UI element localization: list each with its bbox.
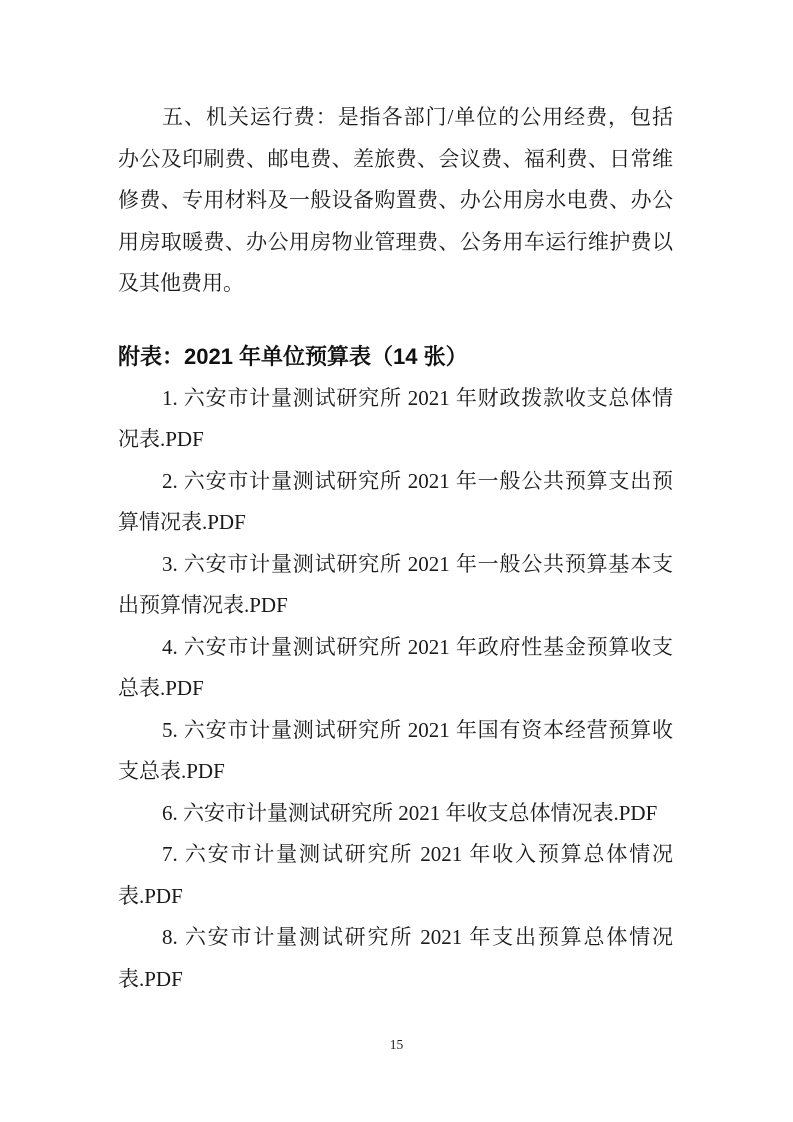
text-line: 及其他费用。 bbox=[118, 263, 673, 305]
attachment-item: 8. 六安市计量测试研究所 2021 年支出预算总体情况表.PDF bbox=[118, 917, 673, 1000]
text-line: 表.PDF bbox=[118, 876, 673, 918]
attachment-item: 2. 六安市计量测试研究所 2021 年一般公共预算支出预算情况表.PDF bbox=[118, 461, 673, 544]
document-page: 五、机关运行费：是指各部门/单位的公用经费，包括办公及印刷费、邮电费、差旅费、会… bbox=[0, 0, 793, 1122]
text-line: 3. 六安市计量测试研究所 2021 年一般公共预算基本支 bbox=[118, 544, 673, 586]
text-line: 算情况表.PDF bbox=[118, 502, 673, 544]
text-line: 5. 六安市计量测试研究所 2021 年国有资本经营预算收 bbox=[118, 710, 673, 752]
text-line: 7. 六安市计量测试研究所 2021 年收入预算总体情况 bbox=[118, 834, 673, 876]
text-line: 况表.PDF bbox=[118, 419, 673, 461]
attachments-heading: 附表：2021 年单位预算表（14 张） bbox=[118, 336, 673, 378]
text-line: 办公及印刷费、邮电费、差旅费、会议费、福利费、日常维 bbox=[118, 139, 673, 181]
text-line: 4. 六安市计量测试研究所 2021 年政府性基金预算收支 bbox=[118, 627, 673, 669]
body-paragraph: 五、机关运行费：是指各部门/单位的公用经费，包括办公及印刷费、邮电费、差旅费、会… bbox=[118, 97, 673, 305]
text-line: 出预算情况表.PDF bbox=[118, 585, 673, 627]
attachment-item: 4. 六安市计量测试研究所 2021 年政府性基金预算收支总表.PDF bbox=[118, 627, 673, 710]
text-line: 用房取暖费、办公用房物业管理费、公务用车运行维护费以 bbox=[118, 222, 673, 264]
text-line: 总表.PDF bbox=[118, 668, 673, 710]
attachment-item: 6. 六安市计量测试研究所 2021 年收支总体情况表.PDF bbox=[118, 793, 673, 835]
page-content: 五、机关运行费：是指各部门/单位的公用经费，包括办公及印刷费、邮电费、差旅费、会… bbox=[118, 97, 673, 1000]
attachment-item: 5. 六安市计量测试研究所 2021 年国有资本经营预算收支总表.PDF bbox=[118, 710, 673, 793]
text-line: 支总表.PDF bbox=[118, 751, 673, 793]
text-line: 6. 六安市计量测试研究所 2021 年收支总体情况表.PDF bbox=[118, 793, 673, 835]
page-number: 15 bbox=[0, 1035, 793, 1055]
attachment-item: 1. 六安市计量测试研究所 2021 年财政拨款收支总体情况表.PDF bbox=[118, 378, 673, 461]
attachment-item: 7. 六安市计量测试研究所 2021 年收入预算总体情况表.PDF bbox=[118, 834, 673, 917]
text-line: 表.PDF bbox=[118, 959, 673, 1001]
attachment-item: 3. 六安市计量测试研究所 2021 年一般公共预算基本支出预算情况表.PDF bbox=[118, 544, 673, 627]
text-line: 8. 六安市计量测试研究所 2021 年支出预算总体情况 bbox=[118, 917, 673, 959]
text-line: 1. 六安市计量测试研究所 2021 年财政拨款收支总体情 bbox=[118, 378, 673, 420]
text-line: 修费、专用材料及一般设备购置费、办公用房水电费、办公 bbox=[118, 180, 673, 222]
text-line: 五、机关运行费：是指各部门/单位的公用经费，包括 bbox=[118, 97, 673, 139]
text-line: 2. 六安市计量测试研究所 2021 年一般公共预算支出预 bbox=[118, 461, 673, 503]
attachments-list: 1. 六安市计量测试研究所 2021 年财政拨款收支总体情况表.PDF2. 六安… bbox=[118, 378, 673, 1001]
